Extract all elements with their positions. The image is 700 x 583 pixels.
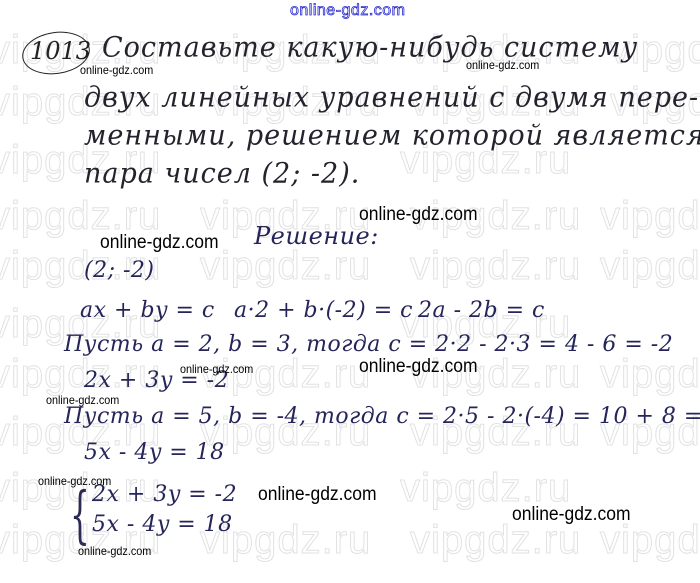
case2-equation: 5x - 4y = 18 — [84, 440, 225, 465]
homework-solution-page: vipgdz.ru vipgdz.ru vipgdz.ru vipgdz.ru … — [0, 0, 700, 583]
site-watermark: online-gdz.com — [258, 484, 377, 506]
site-watermark: online-gdz.com — [359, 204, 478, 226]
site-watermark: online-gdz.com — [80, 63, 153, 77]
site-watermark: online-gdz.com — [78, 544, 151, 558]
case2-text: Пусть a = 5, b = -4, тогда c = 2·5 - 2·(… — [64, 404, 700, 429]
site-watermark: online-gdz.com — [46, 393, 119, 407]
system-brace: { — [70, 478, 90, 551]
task-line: менными, решением которой является — [84, 119, 700, 152]
vipgdz-watermark: vipgdz.ru — [600, 244, 700, 289]
vipgdz-watermark: vipgdz.ru — [600, 194, 700, 239]
site-watermark: online-gdz.com — [466, 58, 539, 72]
site-watermark: online-gdz.com — [512, 504, 631, 526]
solution-pair: (2; -2) — [84, 258, 155, 283]
task-line: Составьте какую-нибудь систему — [102, 31, 638, 64]
site-watermark: online-gdz.com — [100, 232, 219, 254]
site-watermark: online-gdz.com — [359, 356, 478, 378]
solution-heading: Решение: — [254, 222, 379, 250]
task-number: 1013 — [30, 37, 91, 65]
site-watermark: online-gdz.com — [180, 362, 253, 376]
vipgdz-watermark: vipgdz.ru — [600, 352, 700, 397]
vipgdz-watermark: vipgdz.ru — [200, 244, 371, 289]
system-equation-1: 2x + 3y = -2 — [92, 482, 237, 507]
system-equation-2: 5x - 4y = 18 — [92, 512, 233, 537]
vipgdz-watermark: vipgdz.ru — [410, 244, 581, 289]
case1-text: Пусть a = 2, b = 3, тогда c = 2·2 - 2·3 … — [64, 332, 673, 357]
general-substitution: a·2 + b·(-2) = c — [234, 298, 413, 323]
task-line: двух линейных уравнений с двумя пере- — [84, 81, 699, 114]
general-simplified: 2a - 2b = c — [418, 298, 545, 323]
top-watermark: online-gdz.com — [290, 2, 406, 20]
site-watermark: online-gdz.com — [38, 474, 111, 488]
general-equation: ax + by = c — [80, 298, 215, 323]
task-line: пара чисел (2; -2). — [84, 157, 360, 190]
